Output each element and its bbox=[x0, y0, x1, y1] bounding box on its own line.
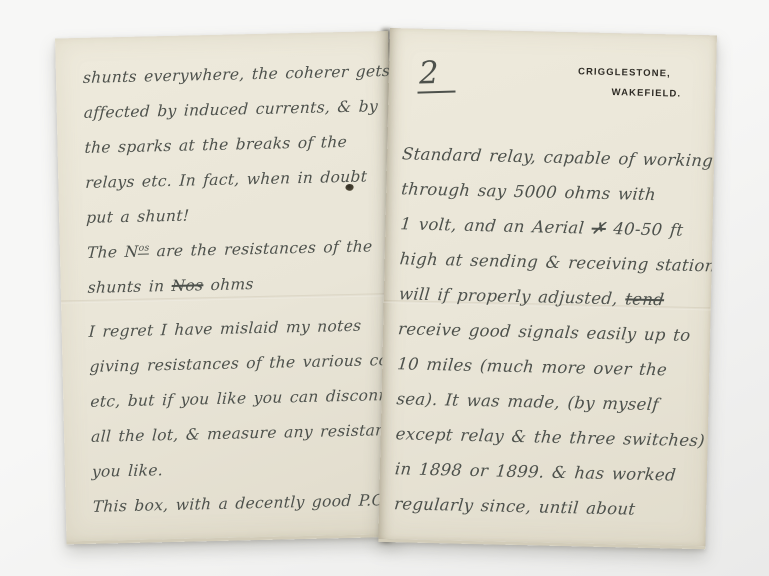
left-page-text: shunts everywhere, the coherer getsaffec… bbox=[83, 54, 397, 525]
letterhead-city: WAKEFIELD. bbox=[611, 88, 681, 99]
handwritten-line: This box, with a decently good P.O. bbox=[92, 483, 398, 525]
right-page-text: Standard relay, capable of workingthroug… bbox=[394, 136, 713, 528]
letter-page-left: shunts everywhere, the coherer getsaffec… bbox=[55, 31, 399, 544]
photo-backdrop: shunts everywhere, the coherer getsaffec… bbox=[0, 0, 769, 576]
handwritten-line: shunts in Nos ohms bbox=[87, 264, 393, 306]
letterhead: CRIGGLESTONE, WAKEFIELD. bbox=[577, 67, 681, 98]
letter-page-right: 2 CRIGGLESTONE, WAKEFIELD. Standard rela… bbox=[378, 28, 717, 549]
letterhead-town: CRIGGLESTONE, bbox=[578, 67, 682, 79]
page-number: 2 bbox=[416, 55, 455, 94]
handwritten-line: regularly since, until about bbox=[393, 486, 706, 528]
